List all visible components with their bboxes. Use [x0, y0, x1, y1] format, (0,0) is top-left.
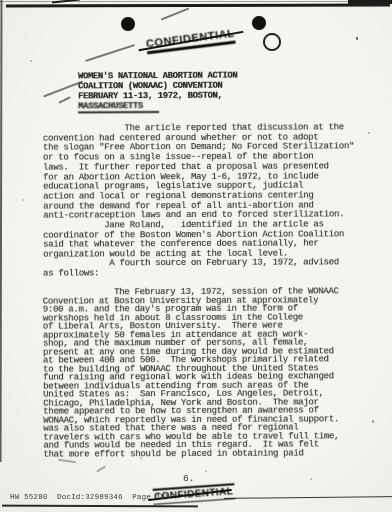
text-line: MASSACHUSETTS: [78, 101, 159, 113]
paragraph-convention-session: The February 13, 1972, session of the WO…: [43, 287, 340, 458]
footer-underline: [2, 505, 198, 508]
page-left-border-line: [0, 0, 2, 462]
pencil-mark: [161, 7, 189, 20]
pencil-mark: [85, 44, 135, 62]
pencil-mark: [96, 466, 105, 472]
punch-hole-right: [252, 16, 266, 30]
document-subject-heading: WOMEN'S NATIONAL ABORTION ACTIONCOALITIO…: [78, 71, 238, 114]
pencil-mark: [43, 81, 83, 98]
scan-speck: [140, 457, 142, 459]
paragraph-article-summary: The article reported that discussion at …: [43, 123, 355, 221]
punch-hole-ring: [263, 33, 281, 51]
scan-speck: [30, 60, 32, 62]
scanned-document-page: CONFIDENTIAL WOMEN'S NATIONAL ABORTION A…: [0, 0, 392, 512]
paragraph-fourth-source-intro: A fourth source on February 13, 1972, ad…: [43, 258, 339, 279]
page-top-border-line: [6, 3, 390, 7]
text-line: FEBRUARY 11-13, 1972, BOSTON,: [78, 91, 222, 102]
scan-speck: [368, 132, 370, 134]
scan-speck: [372, 420, 374, 423]
pencil-mark: [58, 459, 76, 463]
page-number: 6.: [183, 473, 194, 484]
scan-speck: [356, 37, 358, 40]
text-line: that more effort should be placed in obt…: [43, 449, 339, 459]
scan-speck: [310, 478, 312, 480]
punch-hole-left: [121, 17, 135, 31]
archive-reference-footer: HW 55280 DocId:32989346 Page 186: [10, 494, 170, 502]
paragraph-jane-roland: Jane Roland, identified in the article a…: [43, 220, 344, 260]
scan-artifact-top-right: [348, 0, 392, 4]
scan-speck: [22, 199, 24, 201]
pencil-mark: [58, 96, 70, 103]
stamp-strike-extension-line: [224, 496, 392, 499]
text-line: as follows:: [43, 268, 339, 279]
scan-speck: [205, 470, 207, 472]
